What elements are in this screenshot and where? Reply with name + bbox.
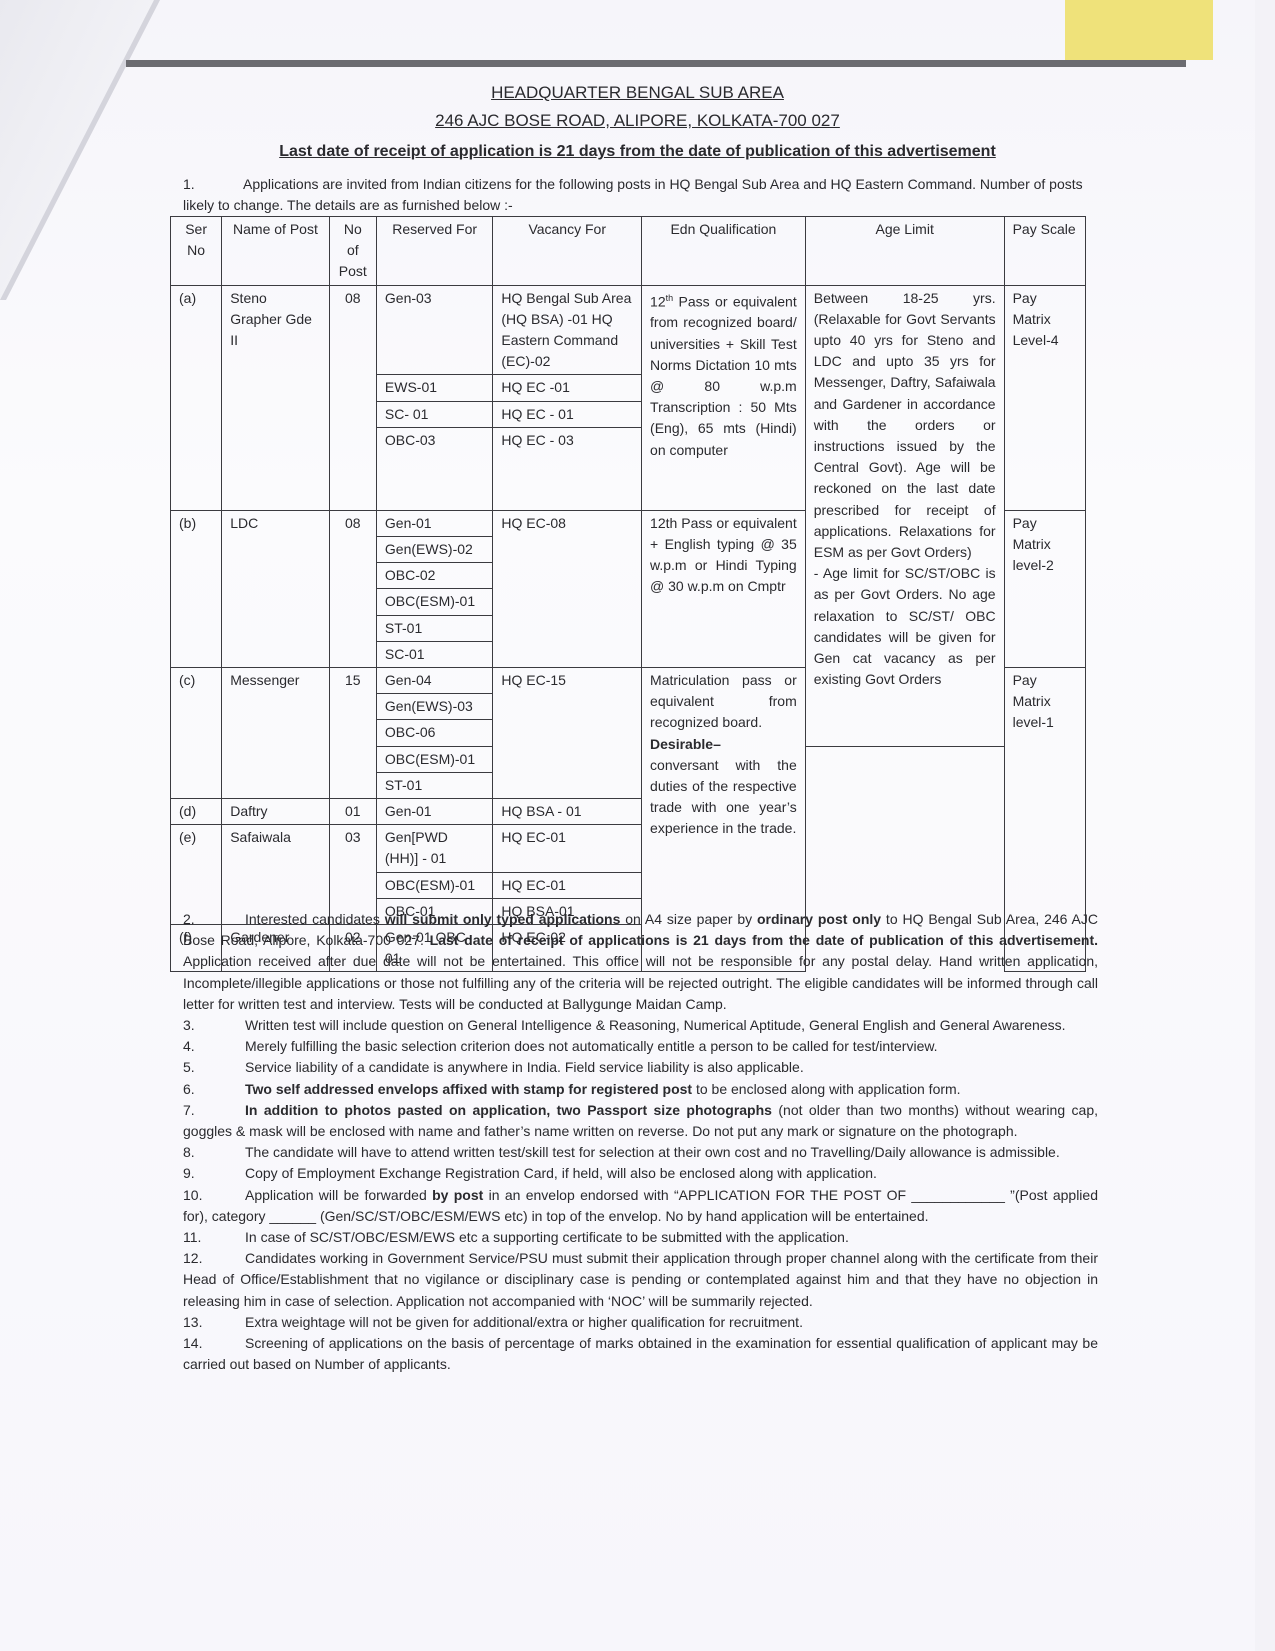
reserved-for: Gen-03 xyxy=(376,285,493,375)
instruction-item: 11.In case of SC/ST/OBC/ESM/EWS etc a su… xyxy=(183,1227,1098,1248)
instruction-item: 9.Copy of Employment Exchange Registrati… xyxy=(183,1163,1098,1184)
para-number: 7. xyxy=(183,1100,245,1121)
para-text: The candidate will have to attend writte… xyxy=(245,1144,1060,1160)
para-number: 3. xyxy=(183,1015,245,1036)
table-header-row: Ser No Name of Post No of Post Reserved … xyxy=(171,217,1086,286)
edn-qualification: 12th Pass or equivalent + English typing… xyxy=(642,510,806,667)
last-date-notice: Last date of receipt of application is 2… xyxy=(0,142,1275,162)
pay-scale: Pay Matrix Level-4 xyxy=(1004,285,1085,510)
para-text: In addition to photos pasted on applicat… xyxy=(245,1102,772,1118)
reserved-for: Gen[PWD (HH)] - 01 xyxy=(376,825,493,872)
instruction-item: 5.Service liability of a candidate is an… xyxy=(183,1057,1098,1078)
para-text: Application will be forwarded xyxy=(245,1187,432,1203)
ser-no: (b) xyxy=(171,510,222,667)
para-text: Merely fulfilling the basic selection cr… xyxy=(245,1038,938,1054)
reserved-for: OBC-06 xyxy=(376,720,493,746)
reserved-for: Gen-01 xyxy=(376,799,493,825)
para-text: Candidates working in Government Service… xyxy=(183,1250,1098,1308)
instruction-item: 4.Merely fulfilling the basic selection … xyxy=(183,1036,1098,1057)
col-header: Reserved For xyxy=(376,217,493,286)
col-header: Name of Post xyxy=(222,217,329,286)
instructions-list: 2.Interested candidates will submit only… xyxy=(183,909,1098,1375)
para-number: 5. xyxy=(183,1057,245,1078)
vacancy-for: HQ EC - 01 xyxy=(493,401,642,427)
para-number: 4. xyxy=(183,1036,245,1057)
vacancy-for: HQ EC-01 xyxy=(493,825,642,872)
post-count: 08 xyxy=(329,510,376,667)
para-number: 1. xyxy=(183,174,243,195)
reserved-for: OBC(ESM)-01 xyxy=(376,589,493,615)
vacancy-for: HQ Bengal Sub Area (HQ BSA) -01 HQ Easte… xyxy=(493,285,642,375)
para-number: 8. xyxy=(183,1142,245,1163)
post-name: Messenger xyxy=(222,668,329,799)
instruction-item: 10.Application will be forwarded by post… xyxy=(183,1185,1098,1227)
para-text: Applications are invited from Indian cit… xyxy=(183,176,1083,213)
para-text: by post xyxy=(432,1187,483,1203)
post-count: 01 xyxy=(329,799,376,825)
para-number: 2. xyxy=(183,909,245,930)
para-text: Service liability of a candidate is anyw… xyxy=(245,1059,804,1075)
document-header: HEADQUARTER BENGAL SUB AREA 246 AJC BOSE… xyxy=(0,82,1275,162)
reserved-for: OBC(ESM)-01 xyxy=(376,746,493,772)
para-number: 9. xyxy=(183,1163,245,1184)
para-text: to be enclosed along with application fo… xyxy=(692,1081,961,1097)
ser-no: (c) xyxy=(171,668,222,799)
para-text: In case of SC/ST/OBC/ESM/EWS etc a suppo… xyxy=(245,1229,849,1245)
reserved-for: ST-01 xyxy=(376,615,493,641)
vacancy-for: HQ EC-01 xyxy=(493,872,642,898)
col-header: Age Limit xyxy=(805,217,1004,286)
para-text: ordinary post only xyxy=(757,911,881,927)
para-text: Written test will include question on Ge… xyxy=(245,1017,1066,1033)
col-header: Pay Scale xyxy=(1004,217,1085,286)
pay-scale: Pay Matrix level-2 xyxy=(1004,510,1085,667)
reserved-for: OBC-02 xyxy=(376,563,493,589)
para-number: 13. xyxy=(183,1312,245,1333)
para-text: Extra weightage will not be given for ad… xyxy=(245,1314,803,1330)
intro-paragraph: 1.Applications are invited from Indian c… xyxy=(183,174,1098,216)
instruction-item: 3.Written test will include question on … xyxy=(183,1015,1098,1036)
post-name: LDC xyxy=(222,510,329,667)
instruction-item: 6.Two self addressed envelops affixed wi… xyxy=(183,1079,1098,1100)
instruction-item: 8.The candidate will have to attend writ… xyxy=(183,1142,1098,1163)
para-text: Screening of applications on the basis o… xyxy=(183,1335,1098,1372)
top-rule xyxy=(126,60,1186,67)
instruction-item: 12.Candidates working in Government Serv… xyxy=(183,1248,1098,1312)
para-number: 14. xyxy=(183,1333,245,1354)
para-text: Last date of receipt of applications is … xyxy=(430,932,1098,948)
para-text: Interested candidates xyxy=(245,911,385,927)
vacancy-for: HQ EC -01 xyxy=(493,375,642,401)
para-number: 6. xyxy=(183,1079,245,1100)
sticky-note xyxy=(1065,0,1213,60)
reserved-for: OBC(ESM)-01 xyxy=(376,872,493,898)
reserved-for: Gen(EWS)-03 xyxy=(376,694,493,720)
para-text: will submit only typed applications xyxy=(385,911,621,927)
instruction-item: 13.Extra weightage will not be given for… xyxy=(183,1312,1098,1333)
org-address: 246 AJC BOSE ROAD, ALIPORE, KOLKATA-700 … xyxy=(0,110,1275,132)
vacancy-for: HQ EC-15 xyxy=(493,668,642,799)
table-row: (a) Steno Grapher Gde II 08 Gen-03 HQ Be… xyxy=(171,285,1086,375)
ser-no: (a) xyxy=(171,285,222,510)
para-number: 11. xyxy=(183,1227,245,1248)
vacancy-for: HQ EC-08 xyxy=(493,510,642,667)
reserved-for: ST-01 xyxy=(376,772,493,798)
para-text: Application received after due date will… xyxy=(183,953,1098,1011)
age-limit: Between 18-25 yrs. (Relaxable for Govt S… xyxy=(805,285,1004,746)
para-text: Copy of Employment Exchange Registration… xyxy=(245,1165,877,1181)
reserved-for: Gen-01 xyxy=(376,510,493,536)
reserved-for: SC- 01 xyxy=(376,401,493,427)
table-row: (e) Safaiwala 03 Gen[PWD (HH)] - 01 HQ E… xyxy=(171,825,1086,872)
para-text: on A4 size paper by xyxy=(620,911,757,927)
posts-table: Ser No Name of Post No of Post Reserved … xyxy=(170,216,1086,972)
post-count: 08 xyxy=(329,285,376,510)
ser-no: (d) xyxy=(171,799,222,825)
instruction-item: 7.In addition to photos pasted on applic… xyxy=(183,1100,1098,1142)
col-header: No of Post xyxy=(329,217,376,286)
edn-qualification: 12th Pass or equivalent from recognized … xyxy=(642,285,806,510)
post-count: 15 xyxy=(329,668,376,799)
para-text: Two self addressed envelops affixed with… xyxy=(245,1081,692,1097)
instruction-item: 14.Screening of applications on the basi… xyxy=(183,1333,1098,1375)
org-title: HEADQUARTER BENGAL SUB AREA xyxy=(0,82,1275,104)
col-header: Ser No xyxy=(171,217,222,286)
para-number: 12. xyxy=(183,1248,245,1269)
post-name: Steno Grapher Gde II xyxy=(222,285,329,510)
vacancy-for: HQ BSA - 01 xyxy=(493,799,642,825)
col-header: Vacancy For xyxy=(493,217,642,286)
para-number: 10. xyxy=(183,1185,245,1206)
vacancy-for: HQ EC - 03 xyxy=(493,427,642,510)
reserved-for: Gen-04 xyxy=(376,668,493,694)
reserved-for: EWS-01 xyxy=(376,375,493,401)
reserved-for: SC-01 xyxy=(376,641,493,667)
reserved-for: Gen(EWS)-02 xyxy=(376,537,493,563)
instruction-item: 2.Interested candidates will submit only… xyxy=(183,909,1098,1015)
reserved-for: OBC-03 xyxy=(376,427,493,510)
post-name: Daftry xyxy=(222,799,329,825)
col-header: Edn Qualification xyxy=(642,217,806,286)
table-row: (d) Daftry 01 Gen-01 HQ BSA - 01 xyxy=(171,799,1086,825)
